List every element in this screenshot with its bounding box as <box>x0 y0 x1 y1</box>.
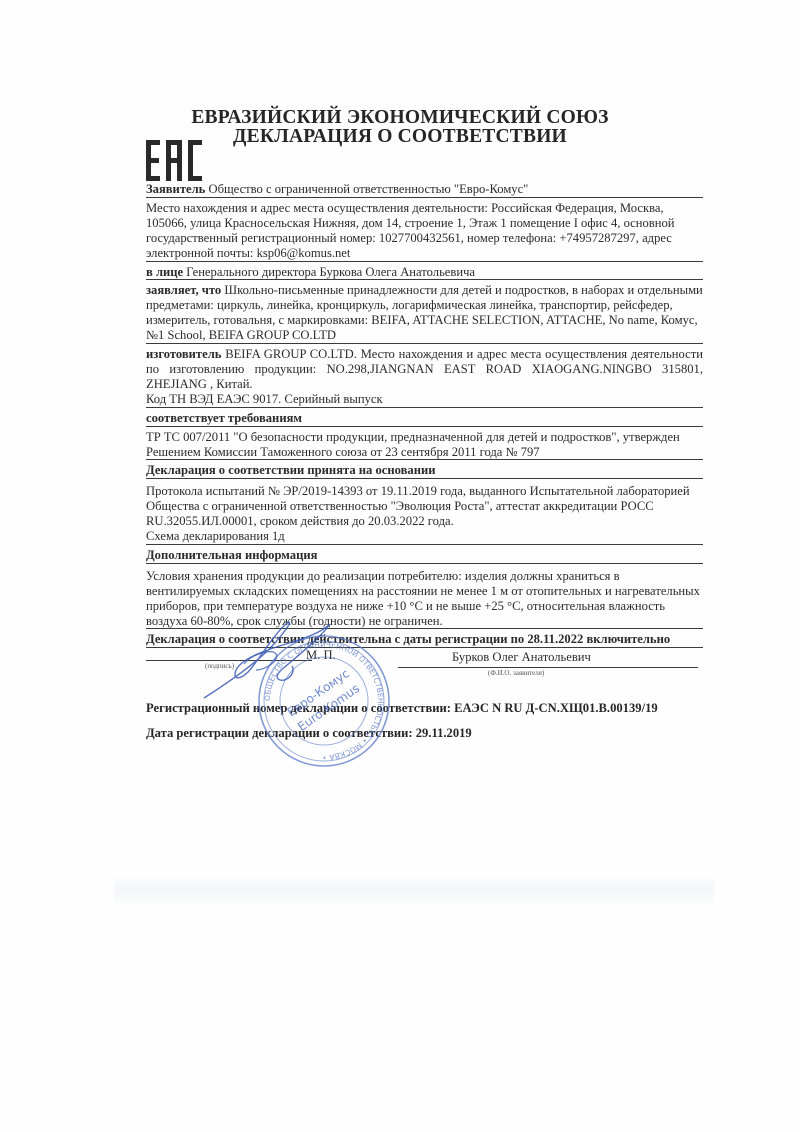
applicant-row: Заявитель Общество с ограниченной ответс… <box>146 182 703 198</box>
declares-row: заявляет, что Школьно-письменные принадл… <box>146 283 703 344</box>
additional-info-label: Дополнительная информация <box>146 548 703 564</box>
declaration-body: Заявитель Общество с ограниченной ответс… <box>146 182 703 648</box>
name-caption: (Ф.И.О. заявителя) <box>488 669 544 677</box>
hs-code: Код ТН ВЭД ЕАЭС 9017. Серийный выпуск <box>146 392 703 408</box>
applicant-value: Общество с ограниченной ответственностью… <box>208 182 528 196</box>
name-line <box>398 667 698 668</box>
eac-mark-icon <box>146 140 202 181</box>
applicant-address: Место нахождения и адрес места осуществл… <box>146 201 703 262</box>
handwritten-signature-icon <box>196 614 336 704</box>
applicant-name: Бурков Олег Анатольевич <box>452 650 591 665</box>
represented-label: в лице <box>146 265 183 279</box>
basis-label: Декларация о соответствии принята на осн… <box>146 463 703 479</box>
basis-value: Протокола испытаний № ЭР/2019-14393 от 1… <box>146 484 703 529</box>
requirements-value: ТР ТС 007/2011 "О безопасности продукции… <box>146 430 703 461</box>
declaration-scheme: Схема декларирования 1д <box>146 529 703 545</box>
manufacturer-value: BEIFA GROUP CO.LTD. Место нахождения и а… <box>146 347 703 391</box>
declares-label: заявляет, что <box>146 283 221 297</box>
declaration-page: ЕВРАЗИЙСКИЙ ЭКОНОМИЧЕСКИЙ СОЮЗ ДЕКЛАРАЦИ… <box>0 0 800 1132</box>
applicant-label: Заявитель <box>146 182 205 196</box>
manufacturer-row: изготовитель BEIFA GROUP CO.LTD. Место н… <box>146 347 703 392</box>
represented-value: Генерального директора Буркова Олега Ана… <box>186 265 475 279</box>
declares-value: Школьно-письменные принадлежности для де… <box>146 283 703 342</box>
requirements-label: соответствует требованиям <box>146 411 703 427</box>
represented-row: в лице Генерального директора Буркова Ол… <box>146 265 703 281</box>
manufacturer-label: изготовитель <box>146 347 221 361</box>
scan-artifact <box>114 875 714 905</box>
document-title-declaration: ДЕКЛАРАЦИЯ О СООТВЕТСТВИИ <box>0 126 800 148</box>
